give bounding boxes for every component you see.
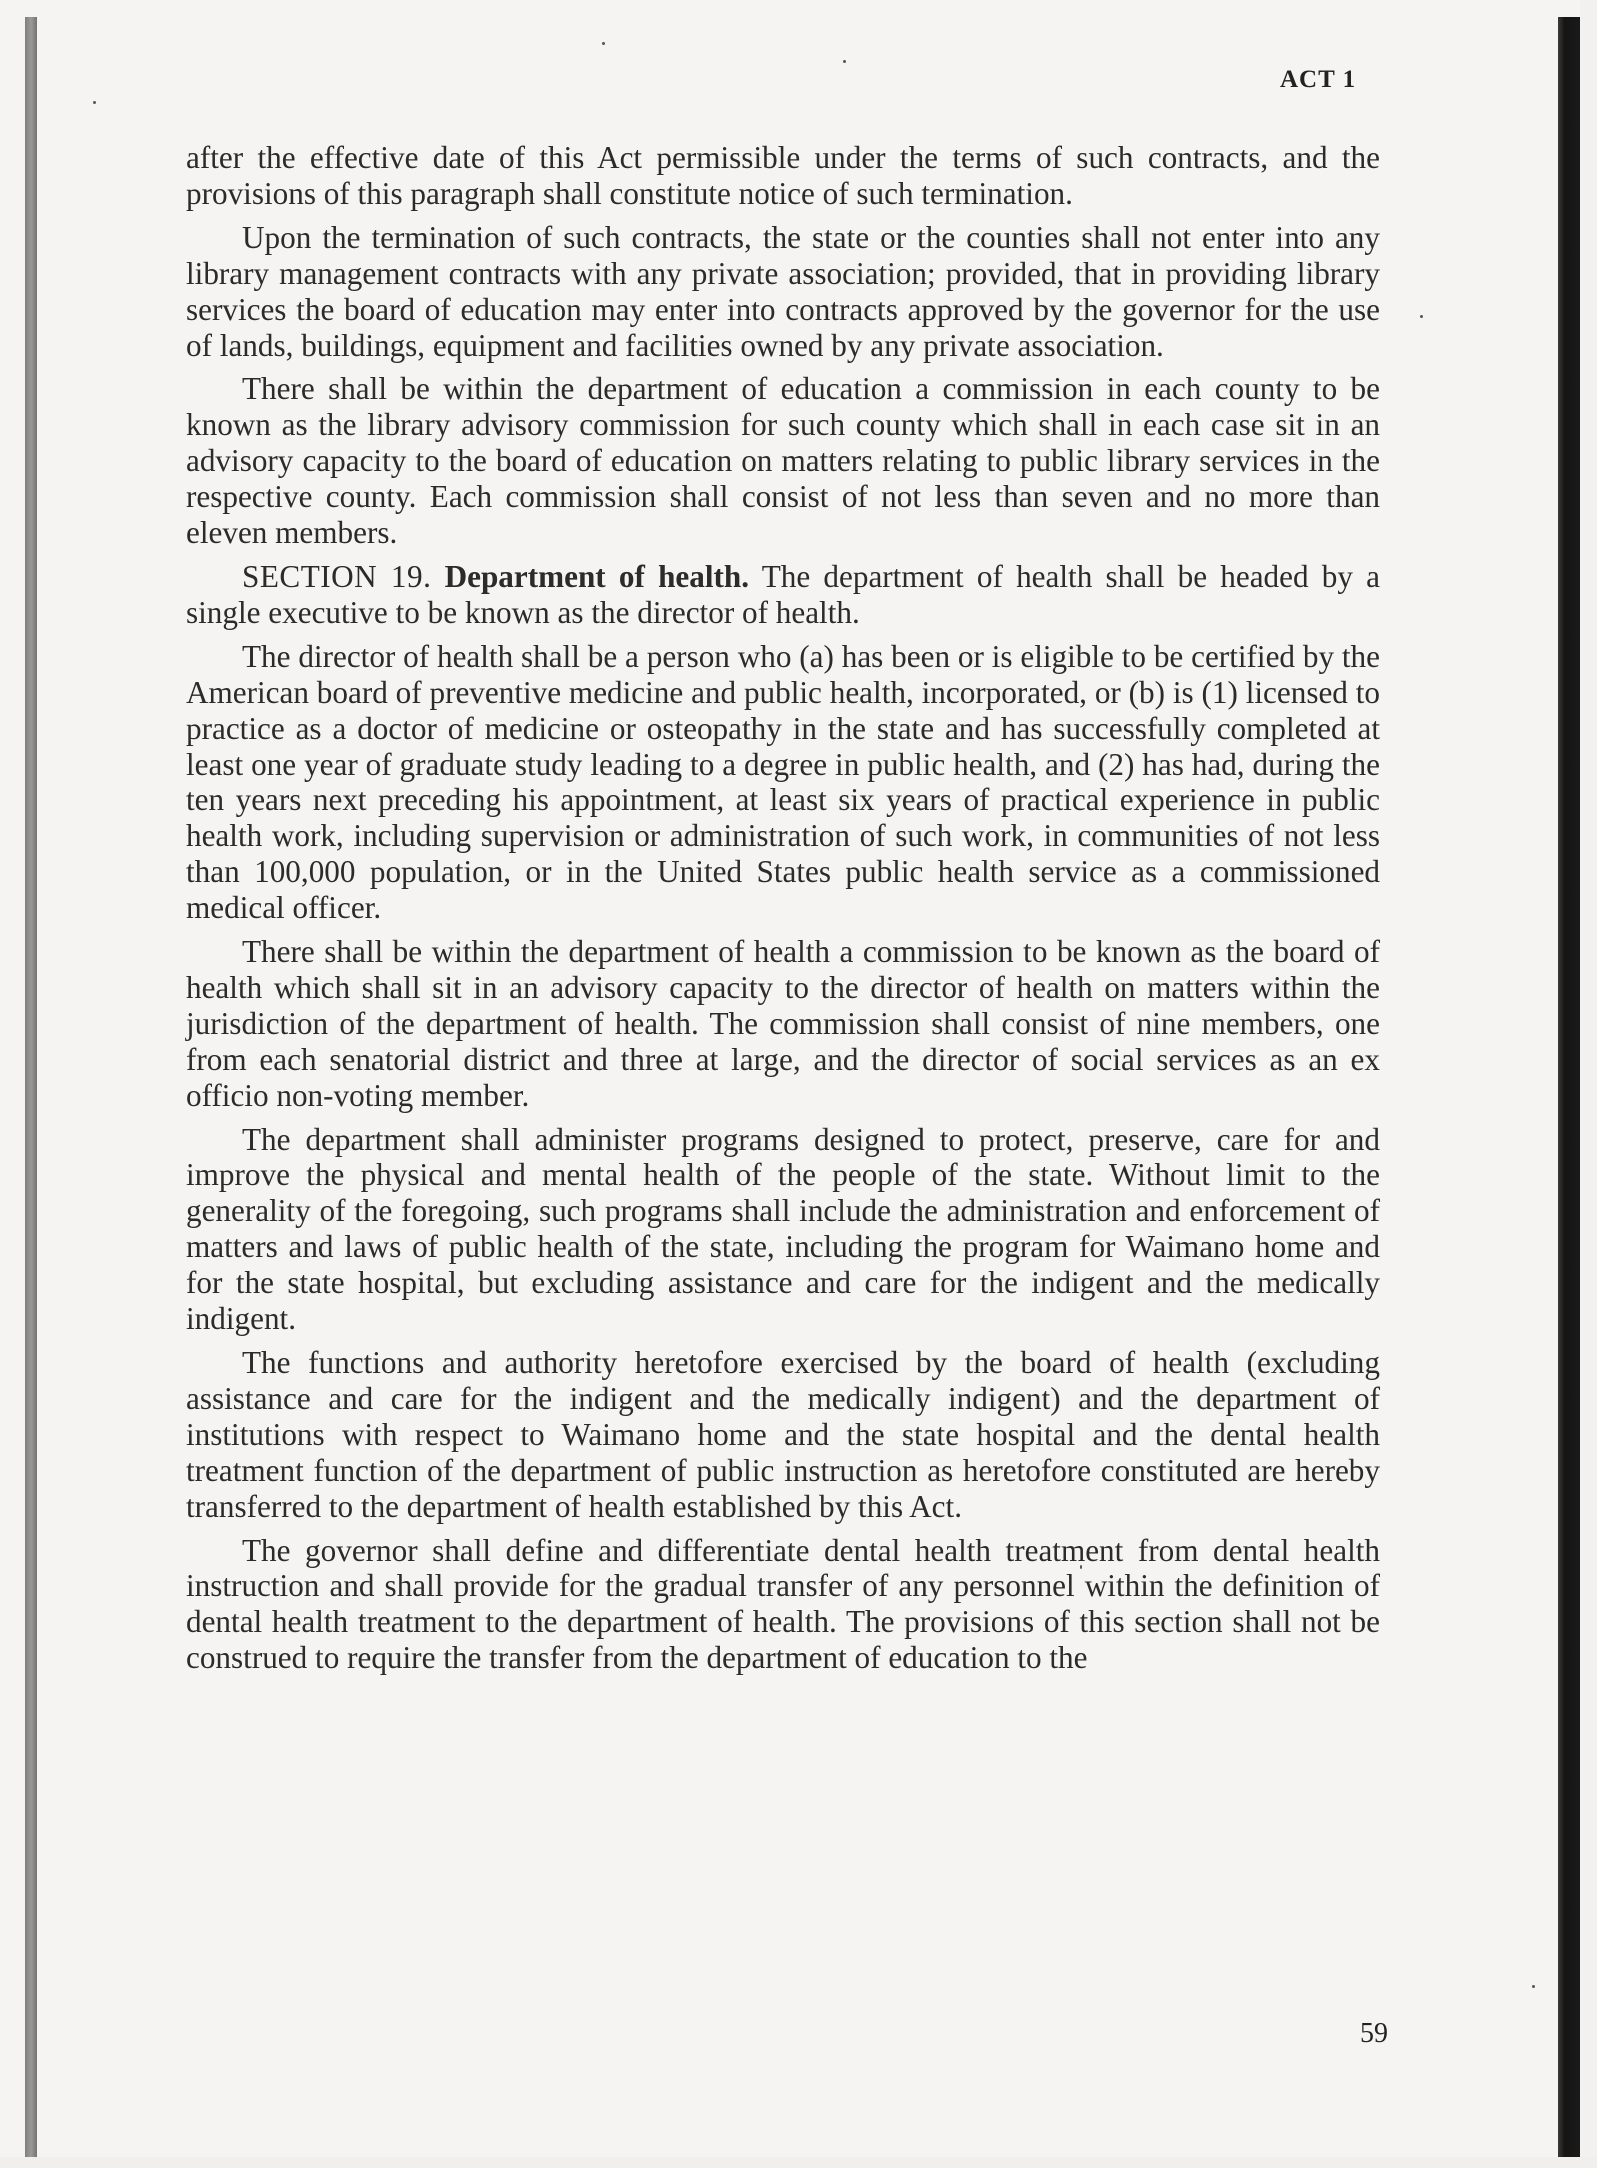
paragraph-board-of-health: There shall be within the department of …: [186, 934, 1380, 1114]
binding-shadow-left: [25, 17, 37, 2157]
scan-margin-right: [1580, 0, 1597, 2168]
section-label: SECTION 19.: [242, 559, 431, 594]
paragraph-functions-transferred: The functions and authority heretofore e…: [186, 1345, 1380, 1525]
section-title: Department of health.: [445, 559, 749, 594]
scan-speck: [602, 42, 605, 45]
scan-speck: [1420, 315, 1423, 318]
scan-speck: [93, 101, 96, 104]
page-body-text: after the effective date of this Act per…: [186, 140, 1380, 1684]
scan-speck: [843, 60, 846, 63]
paragraph-library-contracts: Upon the termination of such contracts, …: [186, 220, 1380, 364]
running-head: ACT 1: [1280, 66, 1380, 94]
paragraph-section-19: SECTION 19. Department of health. The de…: [186, 559, 1380, 631]
paragraph-continuation: after the effective date of this Act per…: [186, 140, 1380, 212]
paragraph-department-programs: The department shall administer programs…: [186, 1122, 1380, 1337]
scan-speck: [510, 1030, 512, 1032]
paragraph-dental-health: The governor shall define and differenti…: [186, 1533, 1380, 1677]
scan-speck: [1532, 1985, 1535, 1988]
scan-edge-shadow-right: [1558, 17, 1580, 2157]
paragraph-director-qualifications: The director of health shall be a person…: [186, 639, 1380, 926]
page-number: 59: [1360, 2018, 1388, 2050]
scan-speck: [1080, 1565, 1082, 1569]
scan-margin-bottom: [0, 2157, 1597, 2168]
scanned-page: ACT 1 after the effective date of this A…: [0, 0, 1597, 2157]
paragraph-library-advisory-commission: There shall be within the department of …: [186, 371, 1380, 551]
